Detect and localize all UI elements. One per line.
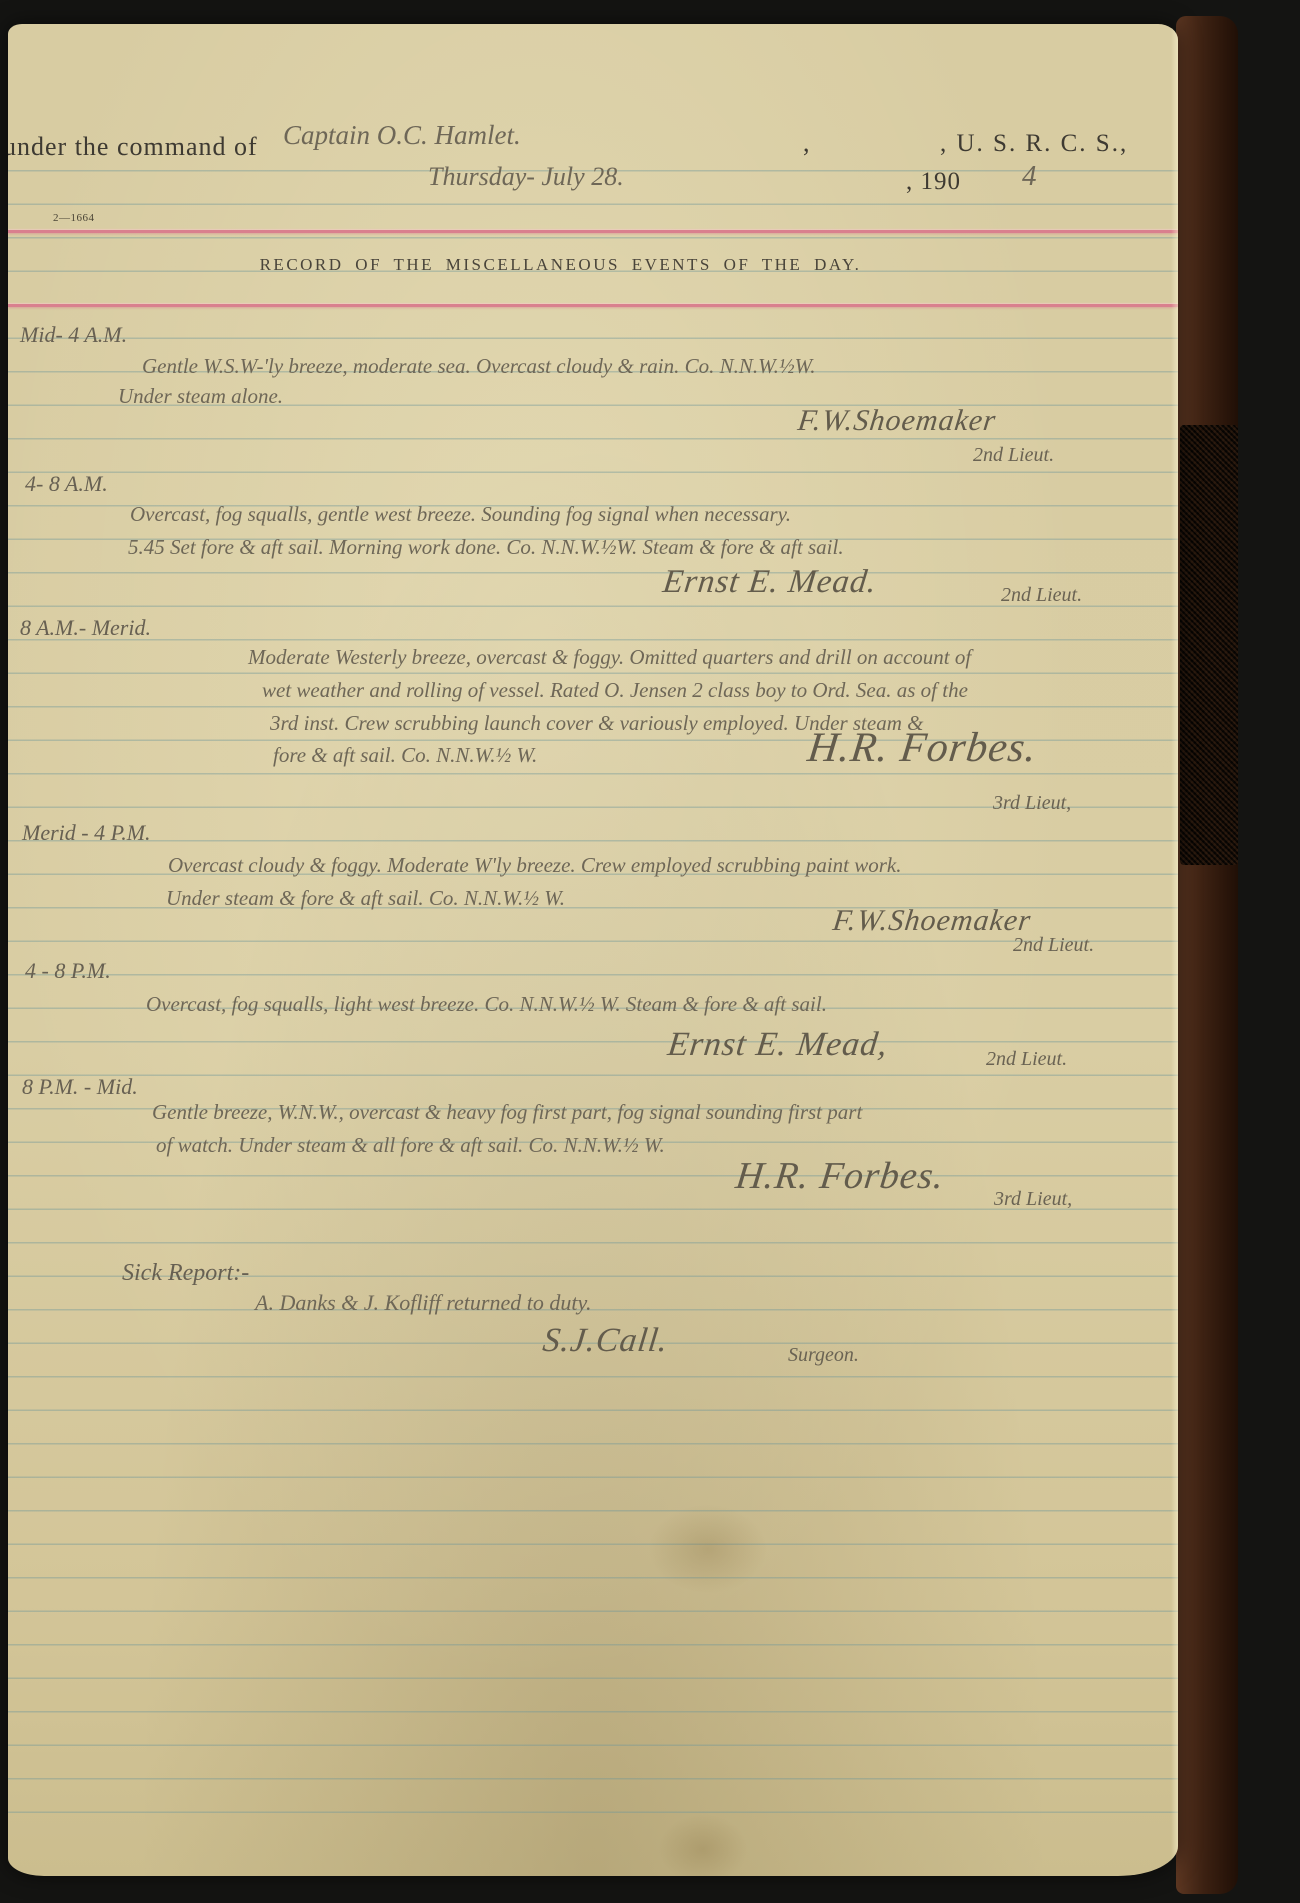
- officer-signature: H.R. Forbes.: [733, 1154, 947, 1198]
- officer-rank: 3rd Lieut,: [994, 1188, 1072, 1211]
- officer-rank: 2nd Lieut.: [1013, 934, 1094, 957]
- paper-stain: [648, 1504, 768, 1594]
- sick-report-heading: Sick Report:-: [122, 1260, 249, 1287]
- watch-label: 4- 8 A.M.: [25, 471, 108, 497]
- log-entry-line: Under steam alone.: [118, 384, 283, 409]
- log-entry-line: Overcast cloudy & foggy. Moderate W'ly b…: [168, 853, 902, 878]
- year-digit-handwritten: 4: [1022, 160, 1037, 193]
- form-number: 2—1664: [53, 212, 95, 224]
- surgeon-signature: S.J.Call.: [541, 1322, 671, 1360]
- log-entry-line: Gentle W.S.W-'ly breeze, moderate sea. O…: [142, 354, 815, 379]
- log-entry-line: of watch. Under steam & all fore & aft s…: [156, 1133, 665, 1158]
- log-entry-line: wet weather and rolling of vessel. Rated…: [262, 678, 968, 703]
- pink-rule-top: [8, 230, 1178, 233]
- log-entry-line: Under steam & fore & aft sail. Co. N.N.W…: [166, 886, 565, 911]
- log-entry-line: fore & aft sail. Co. N.N.W.½ W.: [273, 743, 537, 768]
- book-cloth-texture: [1180, 425, 1238, 865]
- pink-rule-bottom: [8, 304, 1178, 307]
- watch-label: Merid - 4 P.M.: [22, 820, 151, 846]
- commander-name-handwritten: Captain O.C. Hamlet.: [283, 120, 521, 151]
- officer-rank: 2nd Lieut.: [1001, 584, 1082, 607]
- book-cover-edge: [1176, 16, 1238, 1894]
- logbook-page: under the command of Captain O.C. Hamlet…: [8, 24, 1178, 1876]
- watch-label: 8 P.M. - Mid.: [22, 1074, 138, 1100]
- officer-signature: H.R. Forbes.: [805, 724, 1040, 772]
- printed-year-prefix: , 190: [906, 168, 961, 196]
- log-entry-line: Moderate Westerly breeze, overcast & fog…: [248, 645, 971, 670]
- page-edge-highlight: [1171, 24, 1178, 1876]
- printed-command-prefix: under the command of: [8, 132, 258, 162]
- printed-service-abbreviation: , U. S. R. C. S.,: [940, 130, 1128, 158]
- log-entry-line: 5.45 Set fore & aft sail. Morning work d…: [128, 535, 844, 560]
- officer-rank: 2nd Lieut.: [973, 444, 1054, 467]
- watch-label: 4 - 8 P.M.: [25, 958, 111, 984]
- watch-label: 8 A.M.- Merid.: [20, 615, 151, 641]
- watch-label: Mid- 4 A.M.: [20, 322, 127, 348]
- sick-report-line: A. Danks & J. Kofliff returned to duty.: [255, 1290, 592, 1316]
- surgeon-rank: Surgeon.: [788, 1344, 859, 1367]
- date-handwritten: Thursday- July 28.: [428, 162, 624, 192]
- printed-comma: ,: [803, 128, 810, 158]
- officer-signature: F.W.Shoemaker: [831, 904, 1033, 938]
- officer-signature: Ernst E. Mead,: [666, 1026, 891, 1064]
- paper-stain: [658, 1814, 748, 1876]
- officer-rank: 2nd Lieut.: [986, 1048, 1067, 1071]
- officer-signature: Ernst E. Mead.: [661, 564, 879, 601]
- log-entry-line: Gentle breeze, W.N.W., overcast & heavy …: [152, 1100, 862, 1125]
- page-title-banner: RECORD OF THE MISCELLANEOUS EVENTS OF TH…: [8, 255, 1113, 275]
- officer-signature: F.W.Shoemaker: [796, 404, 998, 438]
- officer-rank: 3rd Lieut,: [993, 792, 1071, 815]
- log-entry-line: Overcast, fog squalls, light west breeze…: [146, 992, 827, 1017]
- log-entry-line: Overcast, fog squalls, gentle west breez…: [130, 502, 791, 527]
